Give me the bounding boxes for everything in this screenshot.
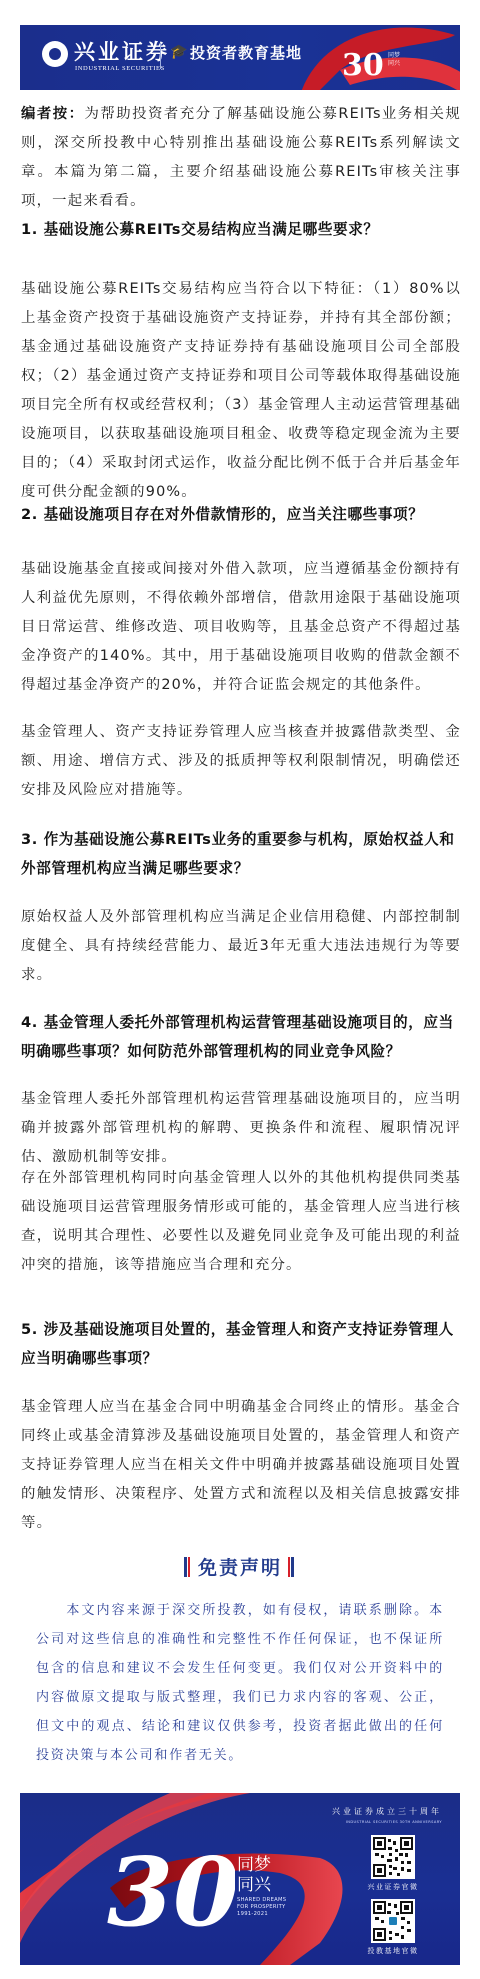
industrial-securities-logo-icon: [42, 41, 68, 67]
brand-name-cn: 兴业证券: [74, 36, 170, 66]
editor-note-text: 为帮助投资者充分了解基础设施公募REITs业务相关规则，深交所投教中心特别推出基…: [21, 106, 461, 209]
svg-text:同兴: 同兴: [388, 59, 401, 67]
bottom-banner: 30 同梦 同兴 SHARED DREAMS FOR PROSPERITY 19…: [20, 1793, 460, 1965]
slogan-cn-line-1: 同梦: [237, 1855, 271, 1875]
section-paragraph-5-1: 基金管理人应当在基金合同中明确基金合同终止的情形。基金合同终止或基金清算涉及基础…: [21, 1393, 461, 1538]
disclaimer-title-text: 免责声明: [198, 1557, 282, 1579]
graduation-cap-icon: 🎓: [170, 44, 186, 60]
section-paragraph-4-2: 存在外部管理机构同时向基金管理人以外的其他机构提供同类基础设施项目运营管理服务情…: [21, 1164, 461, 1280]
slogan-cn: 同梦 同兴: [237, 1855, 271, 1895]
section-heading-4: 4. 基金管理人委托外部管理机构运营管理基础设施项目的，应当明确哪些事项？如何防…: [21, 1008, 461, 1066]
brand-name-en: INDUSTRIAL SECURITIES: [75, 65, 165, 72]
qr-code-investor-education-icon[interactable]: [371, 1899, 415, 1943]
years-range: 1991-2021: [237, 1911, 286, 1918]
section-paragraph-3-1: 原始权益人及外部管理机构应当满足企业信用稳健、内部控制制度健全、具有持续经营能力…: [21, 903, 461, 990]
svg-text:同梦: 同梦: [388, 51, 400, 59]
disclaimer-body: 本文内容来源于深交所投教，如有侵权，请联系删除。本公司对这些信息的准确性和完整性…: [36, 1596, 444, 1770]
top-banner: 兴业证券 INDUSTRIAL SECURITIES 🎓 投资者教育基地 30 …: [20, 25, 460, 90]
anniversary-title: 兴业证券成立三十周年: [332, 1806, 442, 1817]
slogan-cn-line-2: 同兴: [237, 1875, 271, 1895]
section-paragraph-2-2: 基金管理人、资产支持证券管理人应当核查并披露借款类型、金额、用途、增信方式、涉及…: [21, 718, 461, 805]
svg-text:30: 30: [107, 1837, 235, 1943]
decorative-bars-left-icon: [184, 1557, 192, 1577]
decorative-bars-right-icon: [288, 1557, 296, 1577]
section-paragraph-1-1: 基础设施公募REITs交易结构应当符合以下特征：（1）80%以上基金资产投资于基…: [21, 275, 461, 507]
section-heading-3: 3. 作为基础设施公募REITs业务的重要参与机构，原始权益人和外部管理机构应当…: [21, 825, 461, 883]
qr-code-industrial-securities-icon[interactable]: [371, 1835, 415, 1879]
section-heading-1: 1. 基础设施公募REITs交易结构应当满足哪些要求？: [21, 215, 461, 244]
slogan-en-line-2: FOR PROSPERITY: [237, 1904, 286, 1911]
slogan-en: SHARED DREAMS FOR PROSPERITY 1991-2021: [237, 1897, 286, 1918]
disclaimer-title: 免责声明: [0, 1553, 480, 1580]
qr-caption-2: 投教基地官微: [363, 1946, 423, 1956]
svg-text:30: 30: [342, 48, 384, 83]
section-paragraph-2-1: 基础设施基金直接或间接对外借入款项，应当遵循基金份额持有人利益优先原则，不得依赖…: [21, 555, 461, 700]
divider: [160, 43, 161, 69]
thirty-anniversary-number-icon: 30: [105, 1833, 235, 1943]
qr-caption-1: 兴业证券官微: [363, 1882, 423, 1892]
slogan-en-line-1: SHARED DREAMS: [237, 1897, 286, 1904]
editor-note-label: 编者按：: [21, 106, 84, 122]
editor-note: 编者按：为帮助投资者充分了解基础设施公募REITs业务相关规则，深交所投教中心特…: [21, 100, 461, 216]
section-heading-5: 5. 涉及基础设施项目处置的，基金管理人和资产支持证券管理人应当明确哪些事项？: [21, 1315, 461, 1373]
anniversary-subtitle: INDUSTRIAL SECURITIES 30TH ANNIVERSARY: [346, 1820, 442, 1824]
disclaimer-text: 本文内容来源于深交所投教，如有侵权，请联系删除。本公司对这些信息的准确性和完整性…: [36, 1603, 444, 1763]
anniversary-ribbon-icon: 30 同梦 同兴: [280, 25, 460, 90]
section-paragraph-4-1: 基金管理人委托外部管理机构运营管理基础设施项目的，应当明确并披露外部管理机构的解…: [21, 1085, 461, 1172]
section-heading-2: 2. 基础设施项目存在对外借款情形的，应当关注哪些事项？: [21, 500, 461, 529]
